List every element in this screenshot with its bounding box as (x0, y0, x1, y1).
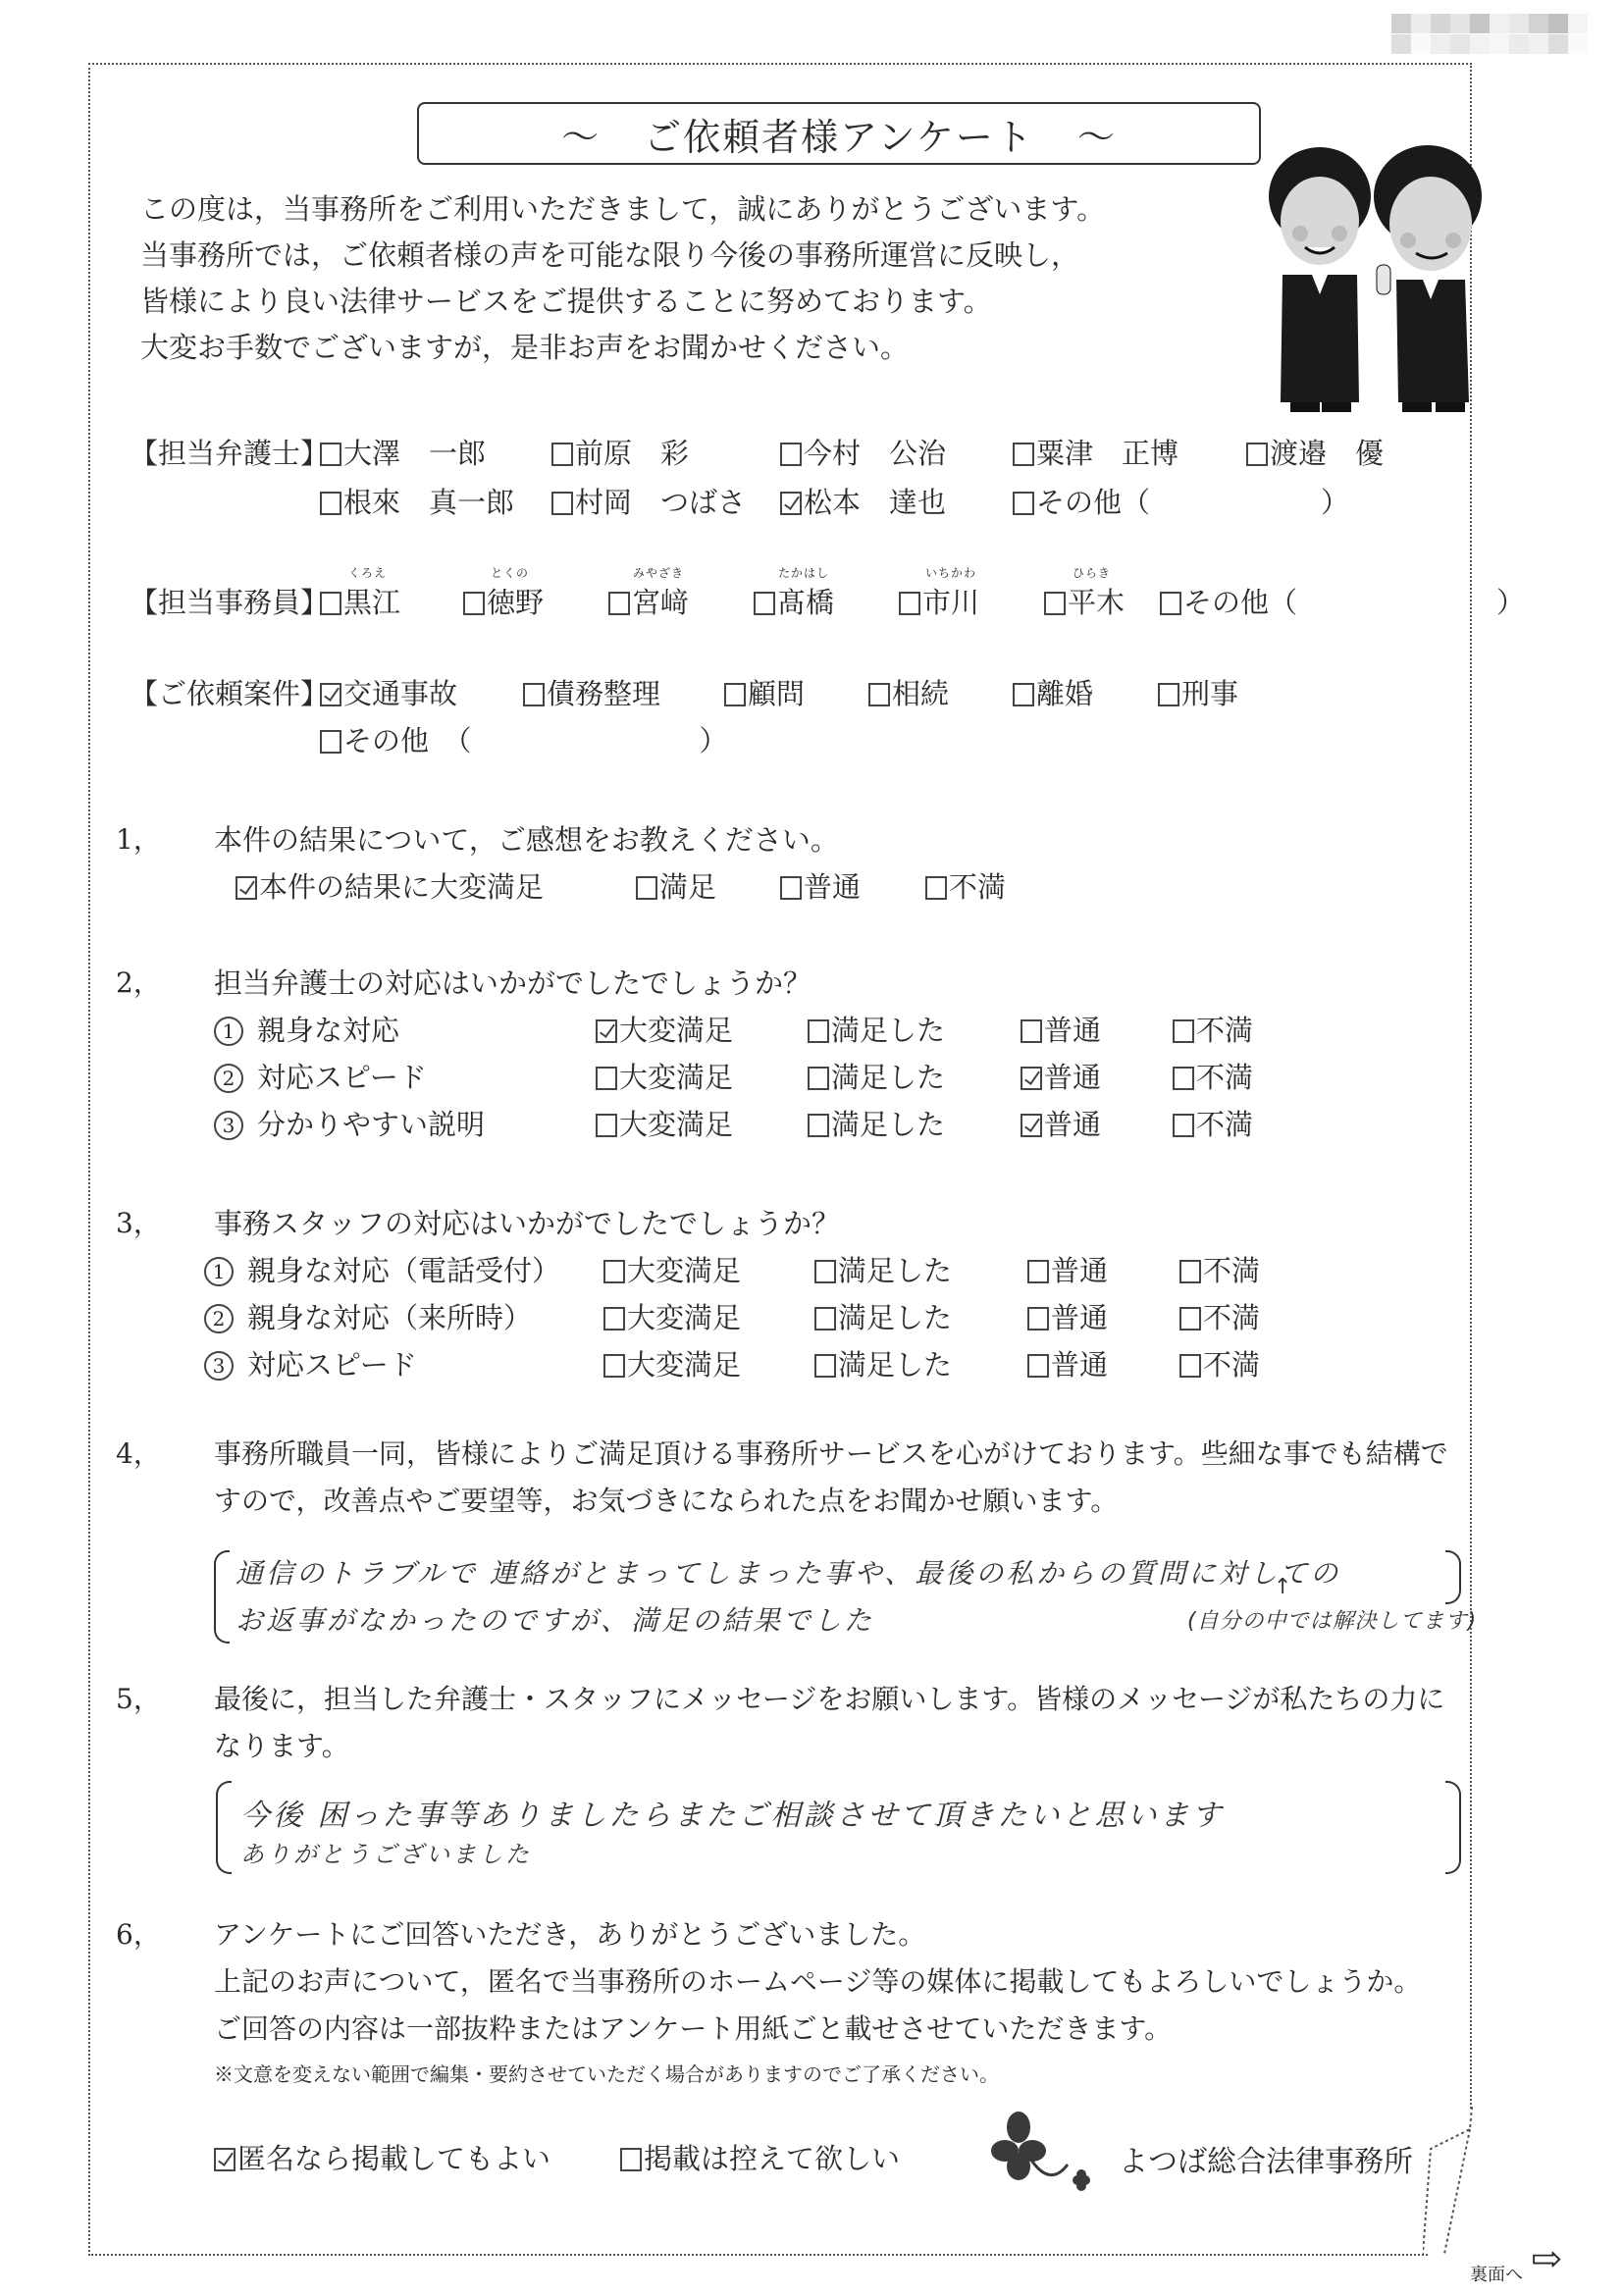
q3-r1-satisfied[interactable]: 満足した (814, 1249, 952, 1289)
checkbox[interactable] (1179, 1260, 1201, 1283)
question-number: 3， (116, 1202, 161, 1241)
staff-option-other[interactable]: その他（ ） (1160, 581, 1525, 621)
option-label: その他（ ） (1036, 486, 1349, 519)
option-label: 不満 (949, 870, 1006, 904)
lawyer-option-maehara[interactable]: 前原 彩 (551, 432, 689, 472)
case-option-inheritance[interactable]: 相続 (868, 672, 949, 712)
option-label: 債務整理 (547, 677, 660, 710)
option-label: 満足した (831, 1061, 945, 1094)
case-option-debt[interactable]: 債務整理 (523, 672, 660, 712)
checkbox[interactable] (603, 1260, 625, 1283)
checkbox[interactable] (1013, 683, 1034, 706)
staff-option-kuroe[interactable]: 黒江 (320, 581, 400, 621)
checkbox[interactable] (814, 1354, 836, 1378)
back-page-label: 裏面へ (1470, 2261, 1523, 2286)
q3-row-label: 2親身な対応（来所時） (204, 1296, 532, 1336)
ruby-text: みやざき (633, 564, 684, 581)
option-label: 不満 (1203, 1348, 1260, 1382)
checkbox[interactable] (463, 592, 485, 615)
q6-option-anonymous-ok[interactable]: 匿名なら掲載してもよい (214, 2137, 550, 2177)
clover-logo-icon (991, 2110, 1109, 2198)
q2-r1-very-satisfied[interactable]: 大変満足 (596, 1009, 733, 1049)
q3-row-label: 3対応スピード (204, 1343, 417, 1383)
case-option-divorce[interactable]: 離婚 (1013, 672, 1093, 712)
firm-name: よつば総合法律事務所 (1119, 2137, 1413, 2180)
q2-r2-very-satisfied[interactable]: 大変満足 (596, 1056, 733, 1096)
handwritten-aside: (自分の中では解決してます) (1187, 1604, 1477, 1635)
checkbox[interactable] (596, 1114, 617, 1137)
checkbox-checked[interactable] (320, 683, 341, 706)
option-label: 満足した (831, 1108, 945, 1141)
option-label: 大変満足 (627, 1254, 741, 1287)
option-label: 大変満足 (619, 1108, 733, 1141)
checkbox[interactable] (780, 876, 802, 900)
intro-line: この度は，当事務所をご利用いただきまして，誠にありがとうございます。 (140, 186, 1105, 233)
option-label: 根來 真一郎 (343, 486, 514, 519)
option-label: 大変満足 (627, 1301, 741, 1334)
option-label: 黒江 (343, 586, 400, 619)
question-text: なります。 (214, 1725, 349, 1764)
handwritten-answer[interactable]: 通信のトラブルで 連絡がとまってしまった事や、最後の私からの質問に対しての (236, 1552, 1340, 1592)
q2-row-label: 2対応スピード (214, 1056, 427, 1096)
option-label: 普通 (1044, 1061, 1101, 1094)
checkbox-checked[interactable] (1021, 1067, 1042, 1090)
option-label: 渡邉 優 (1270, 437, 1384, 470)
checkbox[interactable] (1027, 1307, 1049, 1331)
option-label: 松本 達也 (804, 486, 946, 519)
intro-line: 当事務所では，ご依頼者様の声を可能な限り今後の事務所運営に反映し， (140, 233, 1105, 279)
checkbox-checked[interactable] (236, 876, 257, 900)
question-text: ご回答の内容は一部抜粋またはアンケート用紙ごと載せさせていただきます。 (214, 2008, 1172, 2047)
handwritten-answer[interactable]: 今後 困った事等ありましたらまたご相談させて頂きたいと思います (240, 1791, 1225, 1834)
ruby-text: とくの (491, 564, 529, 581)
q3-r3-normal[interactable]: 普通 (1027, 1343, 1108, 1383)
q3-r2-very-satisfied[interactable]: 大変満足 (603, 1296, 741, 1336)
checkbox[interactable] (724, 683, 746, 706)
checkbox[interactable] (1173, 1114, 1194, 1137)
option-label: 交通事故 (343, 677, 457, 710)
disclaimer-note: ※文意を変えない範囲で編集・要約させていただく場合がありますのでご了承ください。 (214, 2059, 999, 2087)
option-label: 満足した (831, 1014, 945, 1047)
checkbox[interactable] (1160, 592, 1181, 615)
question-text: 事務所職員一同，皆様によりご満足頂ける事務所サービスを心がけております。些細な事… (214, 1433, 1448, 1472)
q3-r1-very-satisfied[interactable]: 大変満足 (603, 1249, 741, 1289)
checkbox-checked[interactable] (1021, 1114, 1042, 1137)
q3-r1-dissatisfied[interactable]: 不満 (1179, 1249, 1260, 1289)
option-label: 宮﨑 (632, 586, 689, 619)
checkbox[interactable] (1021, 1019, 1042, 1043)
option-label: 普通 (1051, 1254, 1108, 1287)
checkbox[interactable] (320, 492, 341, 515)
checkbox[interactable] (1013, 492, 1034, 515)
answer-bracket-right (1445, 1781, 1461, 1874)
q3-r3-dissatisfied[interactable]: 不満 (1179, 1343, 1260, 1383)
answer-bracket-right (1445, 1550, 1461, 1604)
question-text: 上記のお声について，匿名で当事務所のホームページ等の媒体に掲載してもよろしいでし… (214, 1960, 1421, 2000)
option-label: 市川 (922, 586, 979, 619)
option-label: 満足 (659, 870, 716, 904)
ruby-text: たかはし (778, 564, 829, 581)
option-label: 今村 公治 (804, 437, 946, 470)
q2-row-label: 3分かりやすい説明 (214, 1103, 485, 1143)
q2-r3-satisfied[interactable]: 満足した (808, 1103, 945, 1143)
q1-option-very-satisfied[interactable]: 本件の結果に大変満足 (236, 865, 544, 906)
page-title: ～ ご依頼者様アンケート ～ (417, 102, 1261, 165)
intro-line: 大変お手数でございますが，是非お声をお聞かせください。 (140, 325, 1105, 371)
checkbox[interactable] (608, 592, 630, 615)
checkbox[interactable] (780, 443, 802, 466)
checkbox[interactable] (320, 443, 341, 466)
handwritten-answer[interactable]: ありがとうございました (240, 1835, 532, 1869)
checkbox[interactable] (754, 592, 775, 615)
title-text: ご依頼者様アンケート (644, 107, 1034, 161)
checkbox[interactable] (1027, 1354, 1049, 1378)
option-label: 平木 (1068, 586, 1125, 619)
row-label: 対応スピード (247, 1348, 417, 1382)
checkbox[interactable] (1246, 443, 1268, 466)
staff-option-hiraki[interactable]: 平木 (1044, 581, 1125, 621)
option-label: その他（ ） (1183, 586, 1525, 619)
question-number: 5， (116, 1678, 161, 1717)
checkbox-checked[interactable] (214, 2148, 236, 2171)
lawyer-option-muraoka[interactable]: 村岡 つばさ (551, 481, 746, 521)
answer-bracket-left (214, 1550, 230, 1644)
option-label: 満足した (838, 1301, 952, 1334)
option-label: 満足した (838, 1348, 952, 1382)
option-label: 大変満足 (619, 1061, 733, 1094)
arrow-up-icon: ↑ (1274, 1575, 1291, 1599)
option-label: 顧問 (748, 677, 805, 710)
staff-option-tokuno[interactable]: 徳野 (463, 581, 544, 621)
q3-r1-normal[interactable]: 普通 (1027, 1249, 1108, 1289)
lawyer-option-other[interactable]: その他（ ） (1013, 481, 1349, 521)
option-label: 徳野 (487, 586, 544, 619)
question-number: 2， (116, 962, 161, 1001)
question-number: 4， (116, 1433, 161, 1472)
row-label: 親身な対応 (257, 1014, 399, 1047)
answer-bracket-left (216, 1781, 232, 1874)
q2-r1-satisfied[interactable]: 満足した (808, 1009, 945, 1049)
option-label: 掲載は控えて欲しい (644, 2142, 900, 2175)
intro-line: 皆様により良い法律サービスをご提供することに努めております。 (140, 279, 1105, 325)
circled-number: 1 (214, 1017, 243, 1046)
question-number: 6， (116, 1913, 161, 1953)
checkbox[interactable] (1044, 592, 1066, 615)
q3-r3-very-satisfied[interactable]: 大変満足 (603, 1343, 741, 1383)
q1-option-satisfied[interactable]: 満足 (636, 865, 716, 906)
title-tilde-right: ～ (1077, 107, 1117, 161)
staff-option-miyazaki[interactable]: 宮﨑 (608, 581, 689, 621)
checkbox[interactable] (925, 876, 947, 900)
checkbox[interactable] (808, 1114, 829, 1137)
question-text: アンケートにご回答いただき，ありがとうございました。 (214, 1913, 925, 1953)
lawyer-option-imamura[interactable]: 今村 公治 (780, 432, 946, 472)
lawyer-section-label: 【担当弁護士】 (130, 432, 329, 472)
q2-r3-very-satisfied[interactable]: 大変満足 (596, 1103, 733, 1143)
q3-r2-dissatisfied[interactable]: 不満 (1179, 1296, 1260, 1336)
checkbox[interactable] (603, 1307, 625, 1331)
option-label: 匿名なら掲載してもよい (237, 2142, 550, 2175)
checkbox[interactable] (1158, 683, 1179, 706)
circled-number: 3 (204, 1351, 234, 1381)
lawyer-option-osawa[interactable]: 大澤 一郎 (320, 432, 486, 472)
checkbox[interactable] (814, 1260, 836, 1283)
checkbox[interactable] (1013, 443, 1034, 466)
checkbox[interactable] (620, 2148, 642, 2171)
arrow-right-icon[interactable]: ⇨ (1531, 2237, 1562, 2280)
option-label: 相続 (892, 677, 949, 710)
q2-r2-satisfied[interactable]: 満足した (808, 1056, 945, 1096)
checkbox[interactable] (808, 1067, 829, 1090)
checkbox-checked[interactable] (780, 492, 802, 515)
option-label: 不満 (1196, 1108, 1253, 1141)
option-label: 大変満足 (627, 1348, 741, 1382)
option-label: 粟津 正博 (1036, 437, 1178, 470)
lawyer-option-matsumoto[interactable]: 松本 達也 (780, 481, 946, 521)
q2-r3-dissatisfied[interactable]: 不満 (1173, 1103, 1253, 1143)
checkbox[interactable] (1173, 1067, 1194, 1090)
option-label: 大変満足 (619, 1014, 733, 1047)
case-option-other[interactable]: その他 （ ） (320, 719, 728, 759)
checkbox[interactable] (899, 592, 920, 615)
option-label: 髙橋 (777, 586, 834, 619)
option-label: 前原 彩 (575, 437, 689, 470)
page-curl-icon (1423, 2105, 1482, 2262)
intro-text: この度は，当事務所をご利用いただきまして，誠にありがとうございます。 当事務所で… (140, 186, 1105, 371)
q2-r1-normal[interactable]: 普通 (1021, 1009, 1101, 1049)
option-label: 離婚 (1036, 677, 1093, 710)
q6-option-decline[interactable]: 掲載は控えて欲しい (620, 2137, 900, 2177)
case-option-advisor[interactable]: 顧問 (724, 672, 805, 712)
checkbox[interactable] (603, 1354, 625, 1378)
ruby-text: ひらき (1073, 564, 1111, 581)
row-label: 親身な対応（来所時） (247, 1301, 532, 1334)
question-number: 1， (116, 818, 161, 858)
checkbox[interactable] (636, 876, 657, 900)
option-label: 刑事 (1181, 677, 1238, 710)
case-option-traffic[interactable]: 交通事故 (320, 672, 457, 712)
case-section-label: 【ご依頼案件】 (130, 672, 329, 712)
option-label: 大澤 一郎 (343, 437, 486, 470)
q1-option-dissatisfied[interactable]: 不満 (925, 865, 1006, 906)
q2-row-label: 1親身な対応 (214, 1009, 399, 1049)
ruby-text: いちかわ (925, 564, 976, 581)
q2-r1-dissatisfied[interactable]: 不満 (1173, 1009, 1253, 1049)
checkbox[interactable] (1027, 1260, 1049, 1283)
option-label: 普通 (1051, 1301, 1108, 1334)
staff-section-label: 【担当事務員】 (130, 581, 329, 621)
title-tilde-left: ～ (561, 107, 601, 161)
option-label: 普通 (1044, 1014, 1101, 1047)
question-text: 担当弁護士の対応はいかがでしたでしょうか？ (214, 962, 811, 1002)
option-label: 村岡 つばさ (575, 486, 746, 519)
q2-r2-dissatisfied[interactable]: 不満 (1173, 1056, 1253, 1096)
question-text: 事務スタッフの対応はいかがでしたでしょうか？ (214, 1202, 840, 1242)
option-label: 満足した (838, 1254, 952, 1287)
option-label: 不満 (1203, 1301, 1260, 1334)
circled-number: 2 (214, 1064, 243, 1093)
q3-r3-satisfied[interactable]: 満足した (814, 1343, 952, 1383)
checkbox[interactable] (814, 1307, 836, 1331)
circled-number: 2 (204, 1304, 234, 1333)
sheet-border-bottom (88, 2254, 1428, 2256)
question-text: 最後に，担当した弁護士・スタッフにメッセージをお願いします。皆様のメッセージが私… (214, 1678, 1444, 1717)
checkbox[interactable] (808, 1019, 829, 1043)
option-label: 普通 (1051, 1348, 1108, 1382)
option-label: 普通 (804, 870, 861, 904)
checkbox[interactable] (320, 730, 341, 754)
option-label: その他 （ ） (343, 724, 728, 757)
checkbox[interactable] (596, 1067, 617, 1090)
circled-number: 3 (214, 1111, 243, 1140)
q1-option-normal[interactable]: 普通 (780, 865, 861, 906)
question-text: すので，改善点やご要望等，お気づきになられた点をお聞かせ願います。 (214, 1480, 1118, 1519)
row-label: 親身な対応（電話受付） (247, 1254, 560, 1287)
checkbox[interactable] (868, 683, 890, 706)
checkbox-checked[interactable] (596, 1019, 617, 1043)
redacted-tag (1391, 14, 1599, 55)
option-label: 本件の結果に大変満足 (259, 870, 544, 904)
row-label: 対応スピード (257, 1061, 427, 1094)
circled-number: 1 (204, 1257, 234, 1286)
lawyer-option-awazu[interactable]: 粟津 正博 (1013, 432, 1178, 472)
lawyers-caricature-image (1261, 137, 1487, 417)
case-option-criminal[interactable]: 刑事 (1158, 672, 1238, 712)
q2-r3-normal[interactable]: 普通 (1021, 1103, 1101, 1143)
checkbox[interactable] (320, 592, 341, 615)
checkbox[interactable] (1179, 1307, 1201, 1331)
q3-r2-normal[interactable]: 普通 (1027, 1296, 1108, 1336)
lawyer-option-watanabe[interactable]: 渡邉 優 (1246, 432, 1384, 472)
q3-r2-satisfied[interactable]: 満足した (814, 1296, 952, 1336)
option-label: 不満 (1196, 1061, 1253, 1094)
option-label: 普通 (1044, 1108, 1101, 1141)
q2-r2-normal[interactable]: 普通 (1021, 1056, 1101, 1096)
row-label: 分かりやすい説明 (257, 1108, 485, 1141)
checkbox[interactable] (1173, 1019, 1194, 1043)
option-label: 不満 (1196, 1014, 1253, 1047)
question-text: 本件の結果について，ご感想をお教えください。 (214, 818, 839, 859)
option-label: 不満 (1203, 1254, 1260, 1287)
checkbox[interactable] (551, 443, 573, 466)
checkbox[interactable] (523, 683, 545, 706)
checkbox[interactable] (1179, 1354, 1201, 1378)
handwritten-answer[interactable]: お返事がなかったのですが、満足の結果でした (236, 1599, 874, 1639)
staff-option-ichikawa[interactable]: 市川 (899, 581, 979, 621)
staff-option-takahashi[interactable]: 髙橋 (754, 581, 834, 621)
ruby-text: くろえ (348, 564, 387, 581)
checkbox[interactable] (551, 492, 573, 515)
lawyer-option-negoro[interactable]: 根來 真一郎 (320, 481, 514, 521)
q3-row-label: 1親身な対応（電話受付） (204, 1249, 560, 1289)
